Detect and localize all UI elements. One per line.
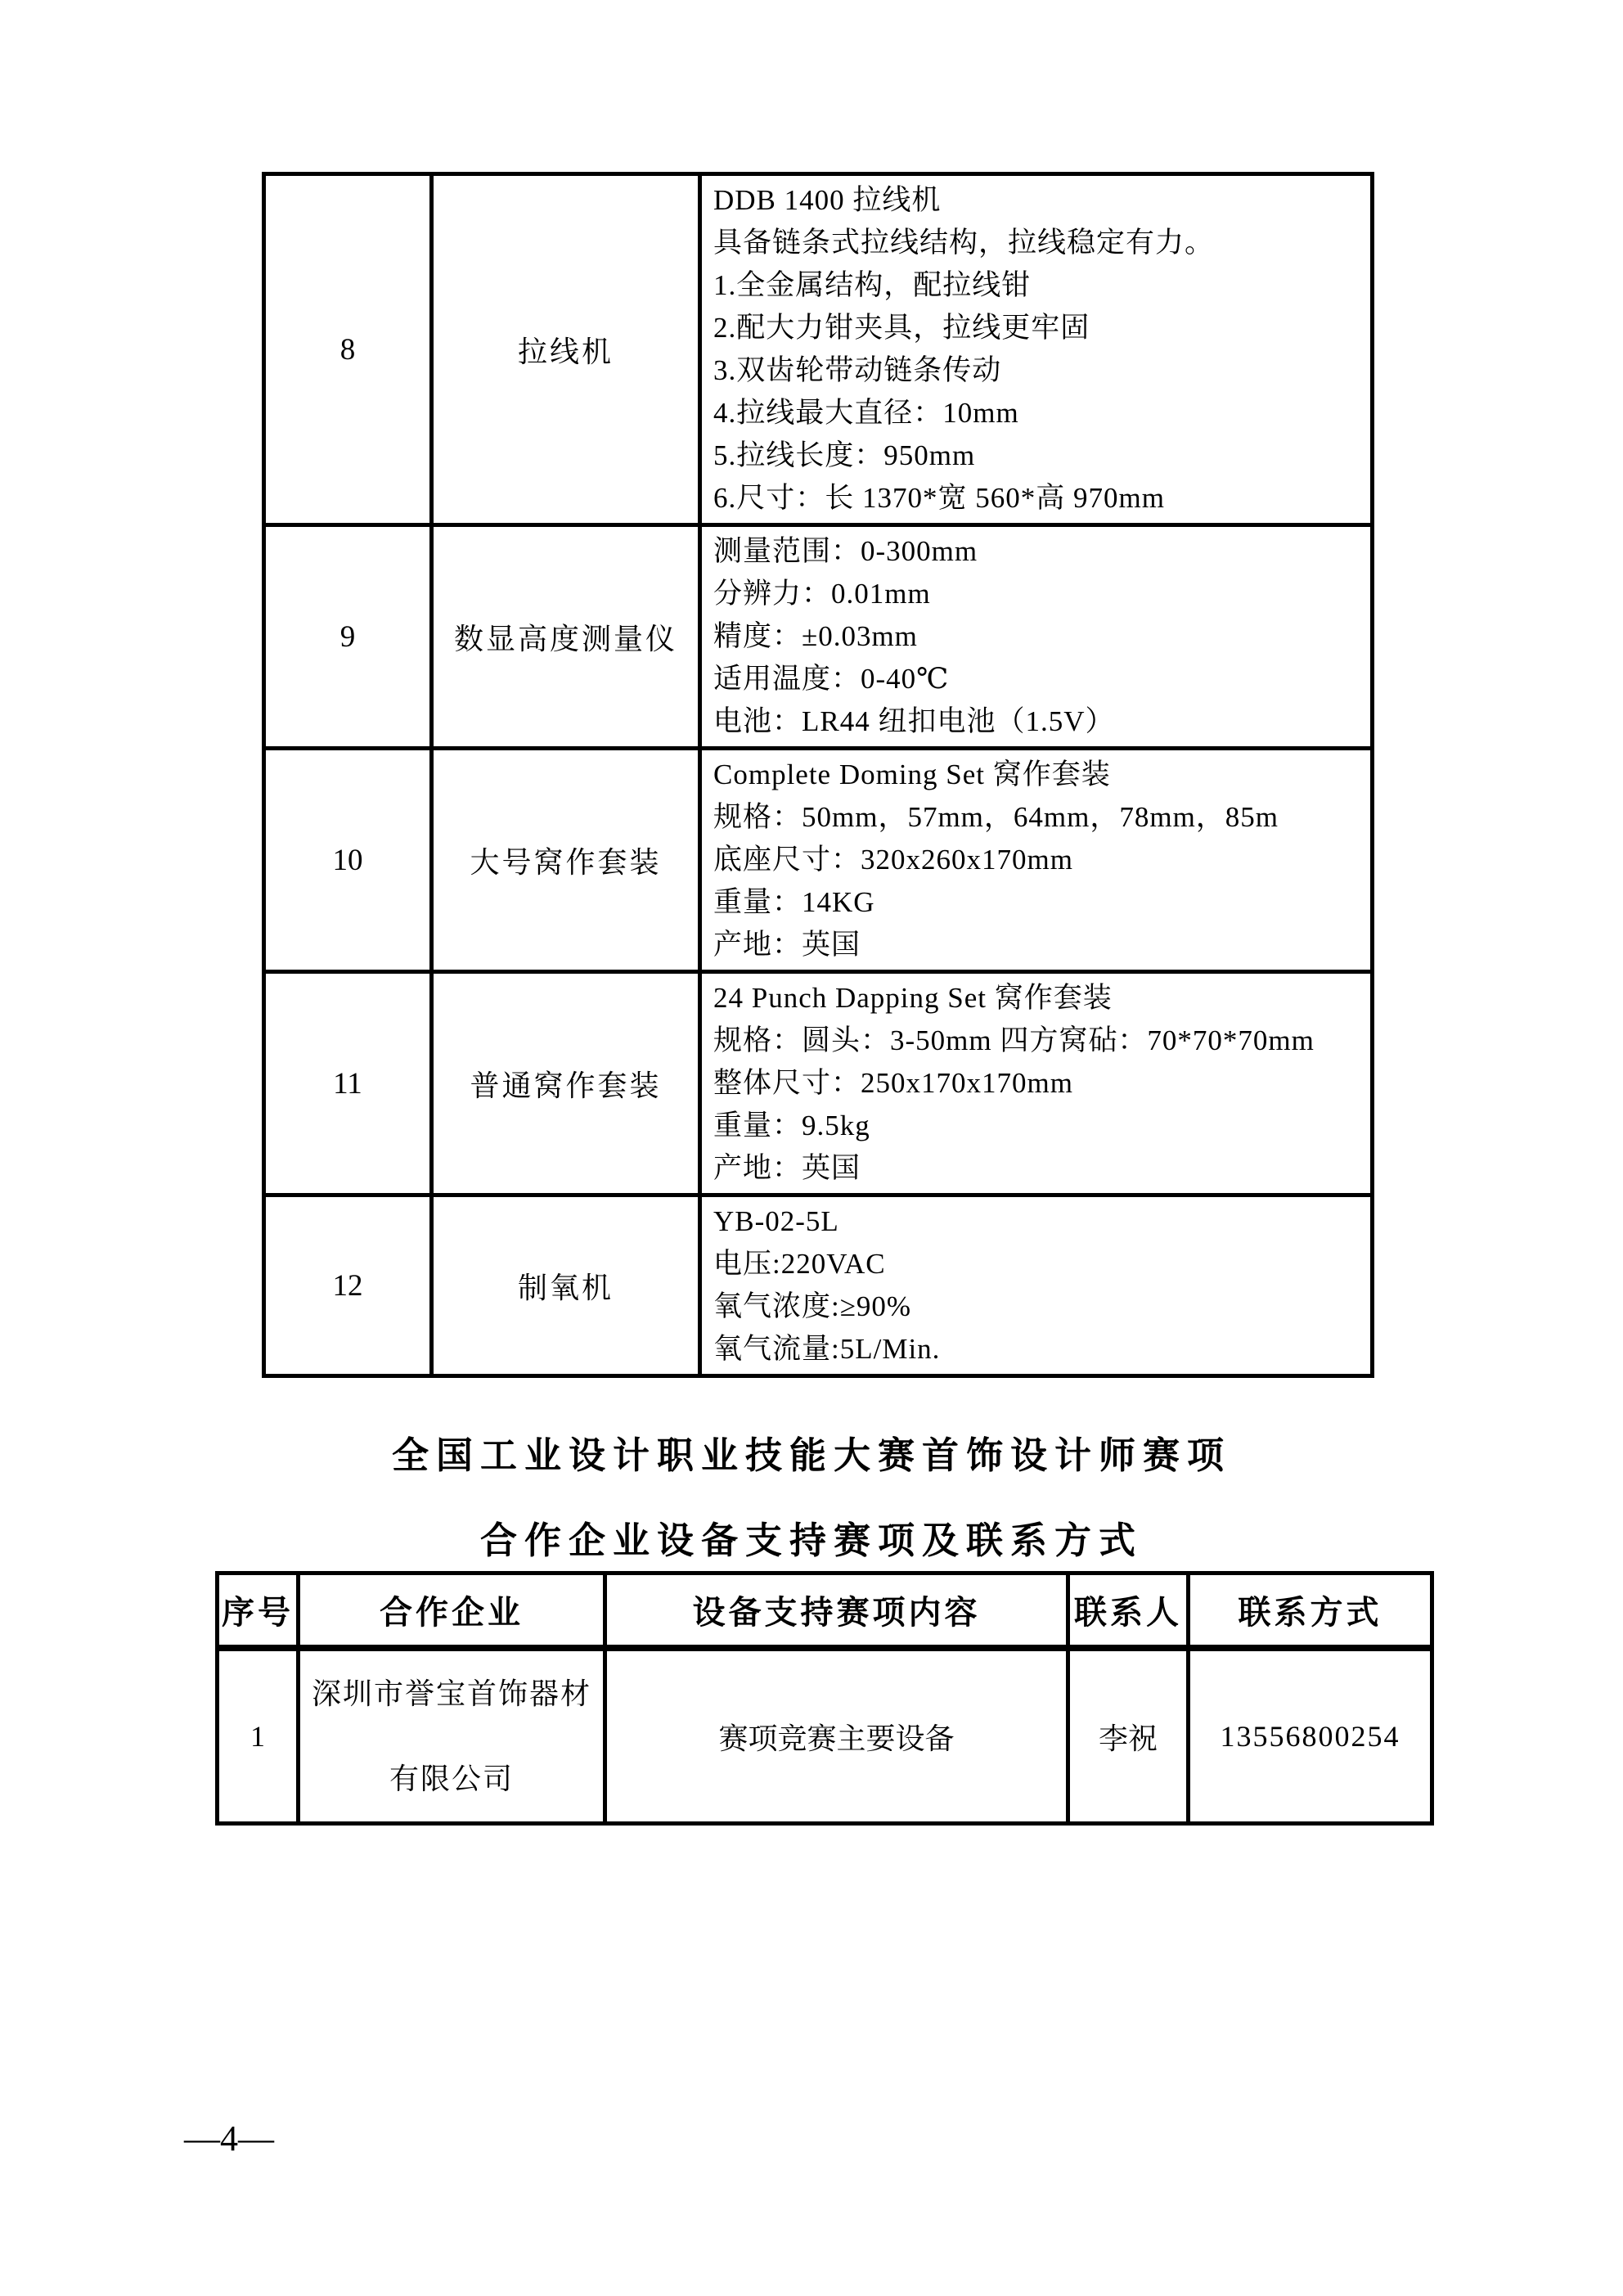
table-row: 1 深圳市誉宝首饰器材 有限公司 赛项竞赛主要设备 李祝 13556800254 [218,1648,1432,1824]
company-name-line: 有限公司 [300,1736,603,1821]
row-index: 11 [264,972,432,1195]
equipment-name: 制氧机 [432,1195,700,1376]
company-name-line: 深圳市誉宝首饰器材 [300,1651,603,1736]
spec-line: 精度：±0.03mm [713,615,1365,658]
equipment-specs: 24 Punch Dapping Set 窝作套装 规格：圆头：3-50mm 四… [700,972,1373,1195]
equipment-name: 拉线机 [432,174,700,525]
table-row: 8 拉线机 DDB 1400 拉线机 具备链条式拉线结构，拉线稳定有力。 1.全… [264,174,1373,525]
spec-line: YB-02-5L [713,1200,1365,1243]
spec-line: 测量范围：0-300mm [713,530,1365,573]
spec-line: 分辨力：0.01mm [713,573,1365,615]
spec-line: 重量：14KG [713,881,1365,924]
spec-line: 4.拉线最大直径：10mm [713,392,1365,434]
company-name: 深圳市誉宝首饰器材 有限公司 [299,1648,605,1824]
spec-line: 电池：LR44 纽扣电池（1.5V） [713,700,1365,743]
row-index: 9 [264,525,432,749]
spec-line: 底座尺寸：320x260x170mm [713,839,1365,881]
spec-line: 3.双齿轮带动链条传动 [713,349,1365,392]
spec-line: DDB 1400 拉线机 [713,179,1365,222]
row-index: 8 [264,174,432,525]
table-row: 10 大号窝作套装 Complete Doming Set 窝作套装 规格：50… [264,749,1373,972]
col-header-contact: 联系人 [1068,1573,1189,1649]
contact-phone: 13556800254 [1189,1648,1432,1824]
table-row: 12 制氧机 YB-02-5L 电压:220VAC 氧气浓度:≥90% 氧气流量… [264,1195,1373,1376]
spec-line: 规格：50mm，57mm，64mm，78mm，85m [713,796,1365,839]
equipment-specs: 测量范围：0-300mm 分辨力：0.01mm 精度：±0.03mm 适用温度：… [700,525,1373,749]
equipment-specs: YB-02-5L 电压:220VAC 氧气浓度:≥90% 氧气流量:5L/Min… [700,1195,1373,1376]
spec-line: 2.配大力钳夹具，拉线更牢固 [713,307,1365,349]
spec-line: 1.全金属结构，配拉线钳 [713,264,1365,307]
spec-line: 6.尺寸：长 1370*宽 560*高 970mm [713,477,1365,520]
row-index: 1 [218,1648,299,1824]
spec-line: 整体尺寸：250x170x170mm [713,1062,1365,1105]
section-title-line1: 全国工业设计职业技能大赛首饰设计师赛项 [0,1425,1623,1479]
spec-line: 适用温度：0-40℃ [713,658,1365,700]
col-header-phone: 联系方式 [1189,1573,1432,1649]
row-index: 12 [264,1195,432,1376]
spec-line: 产地：英国 [713,924,1365,966]
spec-line: 产地：英国 [713,1147,1365,1190]
equipment-specs: Complete Doming Set 窝作套装 规格：50mm，57mm，64… [700,749,1373,972]
equipment-spec-table: 8 拉线机 DDB 1400 拉线机 具备链条式拉线结构，拉线稳定有力。 1.全… [262,172,1374,1378]
document-page: 8 拉线机 DDB 1400 拉线机 具备链条式拉线结构，拉线稳定有力。 1.全… [0,0,1623,2296]
spec-line: 规格：圆头：3-50mm 四方窝砧：70*70*70mm [713,1020,1365,1062]
col-header-company: 合作企业 [299,1573,605,1649]
table-row: 11 普通窝作套装 24 Punch Dapping Set 窝作套装 规格：圆… [264,972,1373,1195]
equipment-name: 普通窝作套装 [432,972,700,1195]
spec-line: 电压:220VAC [713,1243,1365,1285]
equipment-name: 大号窝作套装 [432,749,700,972]
spec-line: Complete Doming Set 窝作套装 [713,754,1365,796]
equipment-name: 数显高度测量仪 [432,525,700,749]
section-title-line2: 合作企业设备支持赛项及联系方式 [0,1510,1623,1564]
spec-line: 24 Punch Dapping Set 窝作套装 [713,977,1365,1020]
spec-line: 重量：9.5kg [713,1105,1365,1147]
support-content: 赛项竞赛主要设备 [605,1648,1068,1824]
page-number: —4— [184,2118,274,2159]
table-row: 9 数显高度测量仪 测量范围：0-300mm 分辨力：0.01mm 精度：±0.… [264,525,1373,749]
equipment-specs: DDB 1400 拉线机 具备链条式拉线结构，拉线稳定有力。 1.全金属结构，配… [700,174,1373,525]
table-header-row: 序号 合作企业 设备支持赛项内容 联系人 联系方式 [218,1573,1432,1649]
spec-line: 氧气流量:5L/Min. [713,1328,1365,1371]
spec-line: 5.拉线长度：950mm [713,434,1365,477]
col-header-content: 设备支持赛项内容 [605,1573,1068,1649]
partner-contact-table: 序号 合作企业 设备支持赛项内容 联系人 联系方式 1 深圳市誉宝首饰器材 有限… [215,1571,1434,1826]
spec-line: 氧气浓度:≥90% [713,1285,1365,1328]
row-index: 10 [264,749,432,972]
spec-line: 具备链条式拉线结构，拉线稳定有力。 [713,222,1365,264]
contact-person: 李祝 [1068,1648,1189,1824]
col-header-index: 序号 [218,1573,299,1649]
